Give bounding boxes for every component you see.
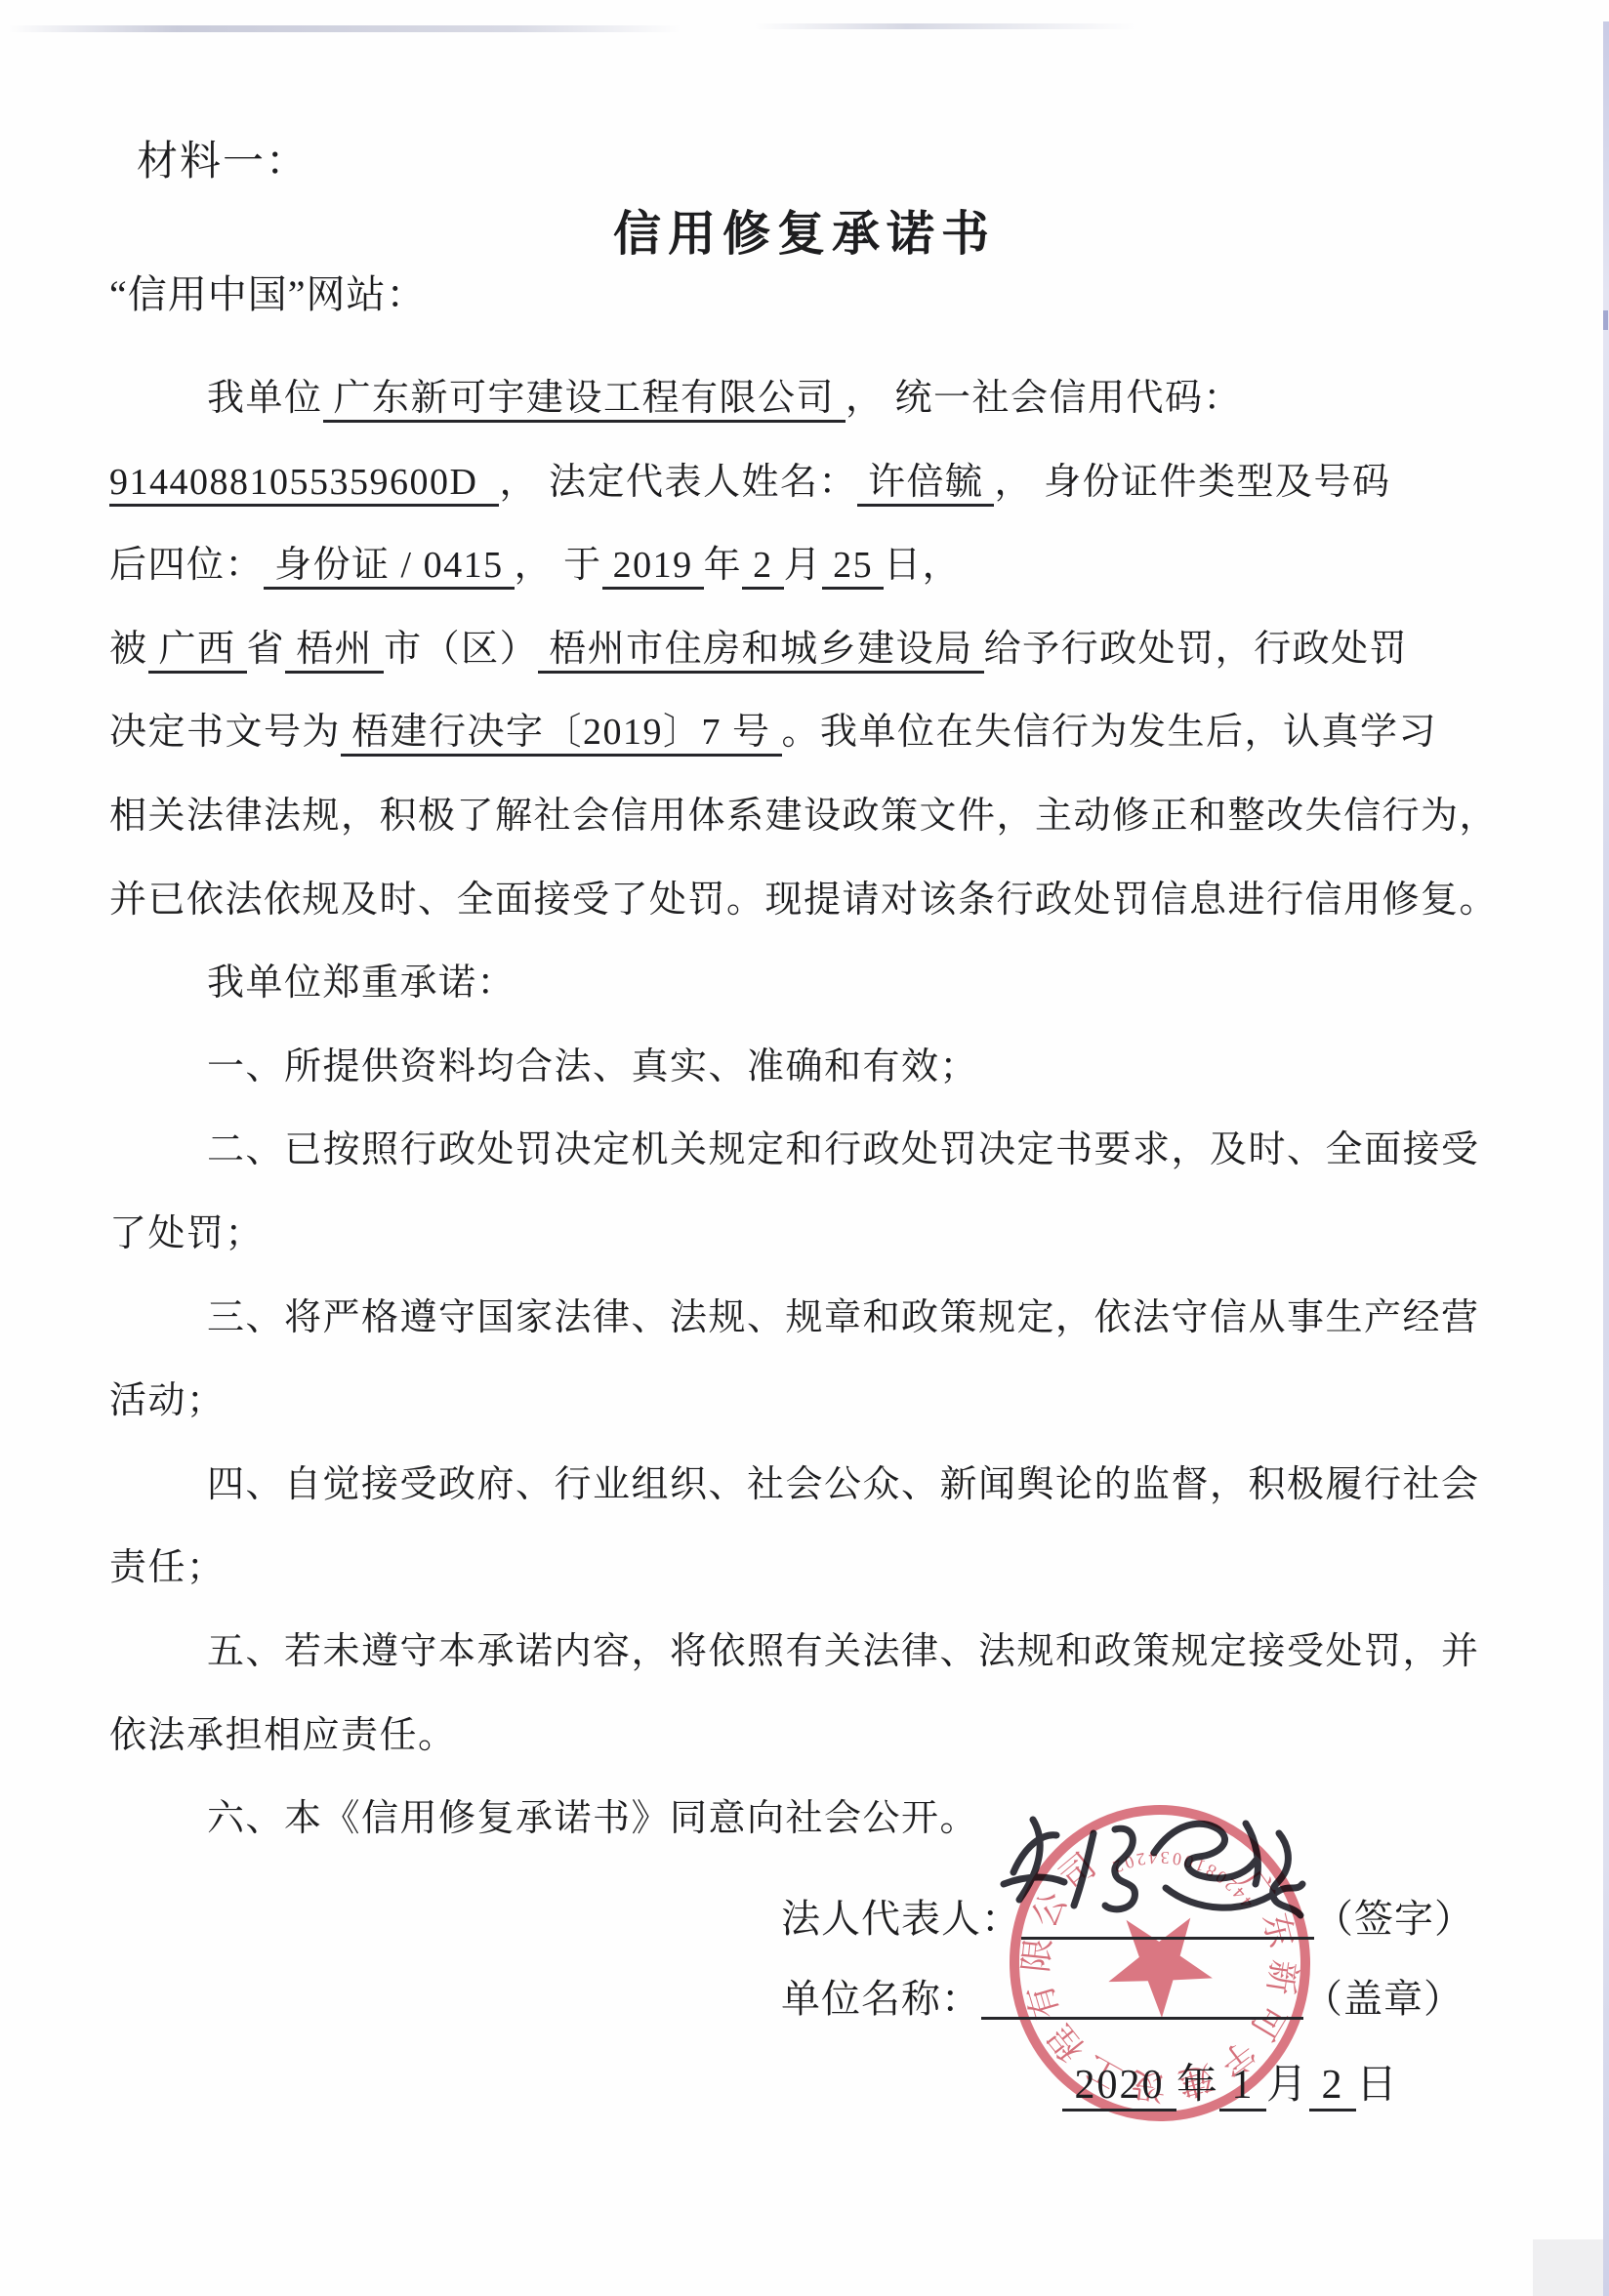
- date-row: 2020 年 1 月 2 日: [1062, 2056, 1399, 2114]
- text-segment: 活动；: [109, 1380, 226, 1421]
- scan-edge-artifact: [1603, 310, 1608, 330]
- text-segment: 四、自觉接受政府、行业组织、社会公众、新闻舆论的监督，积极履行社会: [207, 1464, 1480, 1505]
- text-segment: 相关法律法规，积极了解社会信用体系建设政策文件，主动修正和整改失信行为，: [109, 796, 1498, 837]
- province-filled: 广西: [148, 629, 247, 674]
- decision-doc-number-filled: 梧建行决字〔2019〕7 号: [341, 712, 782, 757]
- pledge-item-3: 三、将严格遵守国家法律、法规、规章和政策规定，依法守信从事生产经营: [109, 1277, 1498, 1361]
- text-segment: 日，: [884, 545, 961, 586]
- material-label: 材料一：: [137, 133, 309, 191]
- text-segment: 我单位郑重承诺：: [207, 963, 516, 1004]
- text-segment: 决定书文号为: [109, 712, 341, 753]
- pledge-item-2-cont: 了处罚；: [109, 1193, 1498, 1277]
- text-segment: 。我单位在失信行为发生后，认真学习: [782, 712, 1438, 753]
- text-segment: ， 统一社会信用代码：: [846, 378, 1242, 419]
- pledge-item-4: 四、自觉接受政府、行业组织、社会公众、新闻舆论的监督，积极履行社会: [109, 1444, 1498, 1528]
- text-segment: 省: [247, 629, 286, 670]
- pledge-intro: 我单位郑重承诺：: [109, 942, 1498, 1026]
- authority-filled: 梧州市住房和城乡建设局: [538, 629, 984, 674]
- legal-rep-label: 法人代表人：: [781, 1897, 1021, 1941]
- handwriting-strokes: [1000, 1790, 1322, 1961]
- punish-year-filled: 2019: [602, 545, 704, 590]
- text-segment: 年: [704, 545, 743, 586]
- text-segment: ， 身份证件类型及号码: [994, 462, 1390, 503]
- body-line-4: 被 广西 省 梧州 市（区） 梧州市住房和城乡建设局 给予行政处罚，行政处罚: [109, 608, 1498, 692]
- text-segment: 被: [109, 629, 148, 670]
- city-filled: 梧州: [285, 629, 384, 674]
- id-type-number-filled: 身份证 / 0415: [264, 545, 515, 590]
- text-segment: 依法承担相应责任。: [109, 1715, 457, 1756]
- text-segment: 一、所提供资料均合法、真实、准确和有效；: [207, 1046, 978, 1087]
- document-body: 我单位 广东新可宇建设工程有限公司 ， 统一社会信用代码： 9144088105…: [109, 357, 1498, 1862]
- date-day-filled: 2: [1309, 2063, 1356, 2111]
- seal-note: （盖章）: [1303, 1977, 1464, 2021]
- unit-name-label: 单位名称：: [781, 1977, 981, 2021]
- pledge-item-4-cont: 责任；: [109, 1527, 1498, 1611]
- text-segment: 六、本《信用修复承诺书》同意向社会公开。: [207, 1798, 978, 1839]
- text-segment: 三、将严格遵守国家法律、法规、规章和政策规定，依法守信从事生产经营: [207, 1297, 1480, 1338]
- body-line-5: 决定书文号为 梧建行决字〔2019〕7 号 。我单位在失信行为发生后，认真学习: [109, 691, 1498, 775]
- pledge-item-5: 五、若未遵守本承诺内容，将依照有关法律、法规和政策规定接受处罚，并: [109, 1611, 1498, 1695]
- company-name-filled: 广东新可宇建设工程有限公司: [323, 378, 846, 423]
- text-segment: 并已依法依规及时、全面接受了处罚。现提请对该条行政处罚信息进行信用修复。: [109, 880, 1498, 921]
- text-segment: 五、若未遵守本承诺内容，将依照有关法律、法规和政策规定接受处罚，并: [207, 1631, 1480, 1672]
- text-segment: ， 于: [515, 545, 602, 586]
- scan-edge-artifact: [8, 25, 681, 32]
- salutation: “信用中国”网站：: [109, 266, 427, 324]
- text-segment: 月: [784, 545, 823, 586]
- scan-edge-artifact: [754, 23, 1136, 29]
- pledge-item-3-cont: 活动；: [109, 1360, 1498, 1444]
- pledge-item-2: 二、已按照行政处罚决定机关规定和行政处罚决定书要求，及时、全面接受: [109, 1109, 1498, 1193]
- body-line-2: 91440881055359600D ， 法定代表人姓名： 许倍毓 ， 身份证件…: [109, 441, 1498, 525]
- scan-corner-shadow: [1533, 2239, 1603, 2296]
- date-day-unit: 日: [1356, 2063, 1399, 2108]
- punish-month-filled: 2: [742, 545, 784, 590]
- scan-edge-artifact: [1603, 21, 1609, 2296]
- document-page: 材料一： 信用修复承诺书 “信用中国”网站： 我单位 广东新可宇建设工程有限公司…: [0, 0, 1609, 2296]
- date-month-filled: 1: [1219, 2063, 1266, 2111]
- document-title: 信用修复承诺书: [0, 200, 1609, 268]
- unit-name-blank-line: [981, 1972, 1303, 2020]
- sign-note: （签字）: [1314, 1897, 1474, 1941]
- text-segment: 给予行政处罚，行政处罚: [984, 629, 1409, 670]
- body-line-6: 相关法律法规，积极了解社会信用体系建设政策文件，主动修正和整改失信行为，: [109, 775, 1498, 859]
- text-segment: 市（区）: [384, 629, 538, 670]
- legal-rep-name-filled: 许倍毓: [857, 462, 995, 507]
- text-segment: 后四位：: [109, 545, 264, 586]
- date-year-unit: 年: [1176, 2063, 1219, 2108]
- text-segment: 我单位: [207, 378, 323, 419]
- text-segment: 了处罚；: [109, 1213, 264, 1254]
- date-month-unit: 月: [1266, 2063, 1309, 2108]
- credit-code-filled: 91440881055359600D: [109, 462, 499, 507]
- text-segment: 二、已按照行政处罚决定机关规定和行政处罚决定书要求，及时、全面接受: [207, 1129, 1480, 1170]
- date-year-filled: 2020: [1062, 2063, 1176, 2111]
- pledge-item-5-cont: 依法承担相应责任。: [109, 1695, 1498, 1779]
- punish-day-filled: 25: [822, 545, 884, 590]
- text-segment: ， 法定代表人姓名：: [499, 462, 857, 503]
- unit-name-row: 单位名称：（盖章）: [781, 1970, 1464, 2029]
- body-line-7: 并已依法依规及时、全面接受了处罚。现提请对该条行政处罚信息进行信用修复。: [109, 859, 1498, 943]
- signature-handwriting: [1000, 1790, 1322, 1961]
- body-line-3: 后四位： 身份证 / 0415 ， 于 2019 年 2 月 25 日，: [109, 524, 1498, 608]
- pledge-item-1: 一、所提供资料均合法、真实、准确和有效；: [109, 1026, 1498, 1110]
- body-line-1: 我单位 广东新可宇建设工程有限公司 ， 统一社会信用代码：: [109, 357, 1498, 441]
- text-segment: 责任；: [109, 1547, 226, 1588]
